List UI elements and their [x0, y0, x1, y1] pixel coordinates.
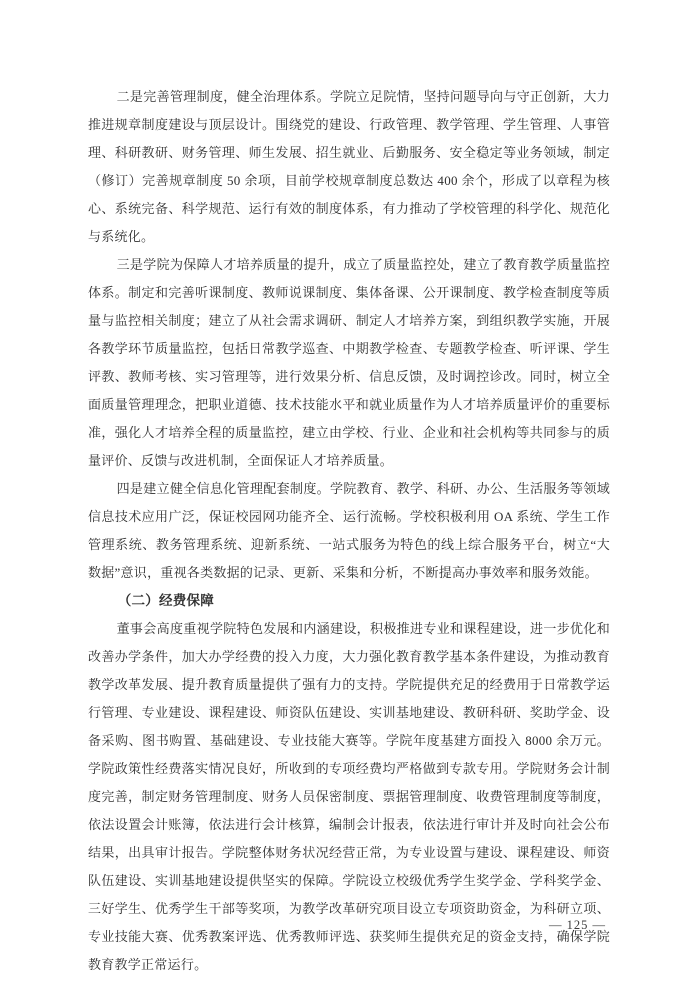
body-paragraph: 董事会高度重视学院特色发展和内涵建设，积极推进专业和课程建设，进一步优化和改善办… — [88, 615, 610, 979]
body-paragraph: 二是完善管理制度，健全治理体系。学院立足院情，坚持问题导向与守正创新，大力推进规… — [88, 83, 610, 251]
body-paragraph: 三是学院为保障人才培养质量的提升，成立了质量监控处，建立了教育教学质量监控体系。… — [88, 251, 610, 475]
document-body: 二是完善管理制度，健全治理体系。学院立足院情，坚持问题导向与守正创新，大力推进规… — [88, 83, 610, 979]
document-page: 二是完善管理制度，健全治理体系。学院立足院情，坚持问题导向与守正创新，大力推进规… — [0, 0, 700, 989]
body-paragraph: 四是建立健全信息化管理配套制度。学院教育、教学、科研、办公、生活服务等领域信息技… — [88, 475, 610, 587]
page-number: — 125 — — [549, 916, 606, 934]
section-heading: （二）经费保障 — [88, 587, 610, 615]
